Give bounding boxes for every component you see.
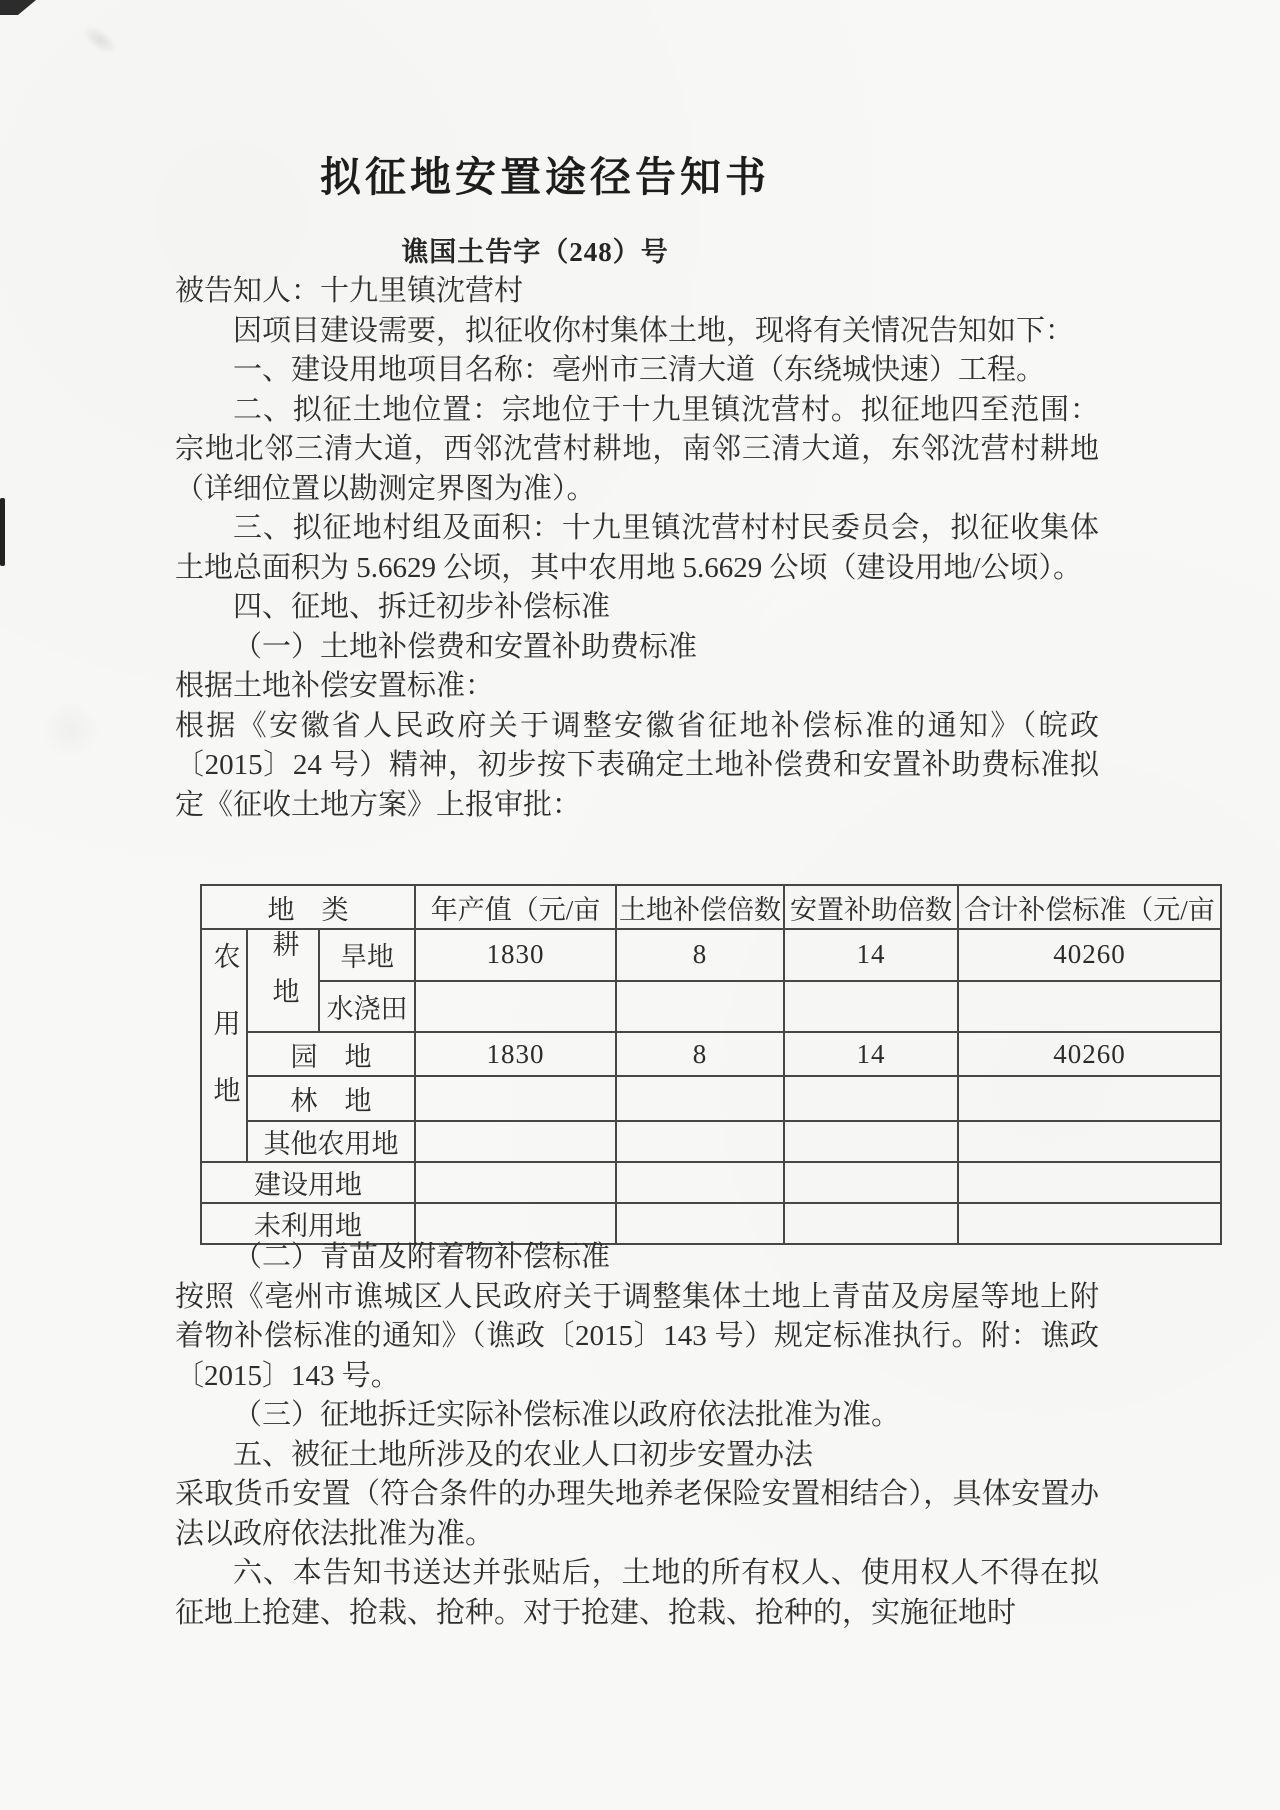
cell-construction-total bbox=[958, 1162, 1221, 1203]
cell-forest-land-multiple bbox=[616, 1076, 784, 1121]
cell-construction-subsidy-multiple bbox=[784, 1162, 958, 1203]
cell-forest-annual-value bbox=[415, 1076, 616, 1121]
header-annual-value: 年产值（元/亩 bbox=[415, 885, 616, 929]
scan-artifact-corner bbox=[0, 0, 36, 15]
body-text-upper: 被告知人：十九里镇沈营村 因项目建设需要，拟征收你村集体土地，现将有关情况告知如… bbox=[175, 272, 1099, 825]
table-header-row: 地 类 年产值（元/亩 土地补偿倍数 安置补助倍数 合计补偿标准（元/亩 bbox=[201, 885, 1221, 929]
cell-garden-annual-value: 1830 bbox=[415, 1032, 616, 1076]
scan-smudge bbox=[78, 20, 122, 59]
cell-irrigated-label: 水浇田 bbox=[319, 981, 415, 1033]
document-number: 谯国土告字（248）号 bbox=[135, 230, 935, 269]
cell-cultivated-land-group: 耕地 bbox=[247, 929, 319, 1032]
cell-other-agri-annual-value bbox=[415, 1121, 616, 1162]
cell-dry-land-subsidy-multiple: 14 bbox=[784, 929, 958, 981]
cell-dry-land-total: 40260 bbox=[958, 929, 1221, 981]
scanned-document-page: 拟征地安置途径告知书 谯国土告字（248）号 被告知人：十九里镇沈营村 因项目建… bbox=[0, 0, 1280, 1810]
cell-irrigated-subsidy-multiple bbox=[784, 981, 958, 1033]
cell-irrigated-land-multiple bbox=[616, 981, 784, 1033]
cell-dry-land-annual-value: 1830 bbox=[415, 929, 616, 981]
cell-garden-land-multiple: 8 bbox=[616, 1032, 784, 1076]
cell-garden-subsidy-multiple: 14 bbox=[784, 1032, 958, 1076]
paragraph-intro: 因项目建设需要，拟征收你村集体土地，现将有关情况告知如下： bbox=[175, 312, 1099, 352]
cell-other-agri-total bbox=[958, 1121, 1221, 1162]
compensation-standards-table: 地 类 年产值（元/亩 土地补偿倍数 安置补助倍数 合计补偿标准（元/亩 农用地… bbox=[200, 884, 1222, 1245]
cell-garden-total: 40260 bbox=[958, 1032, 1221, 1076]
agricultural-land-label: 农用地 bbox=[211, 942, 238, 1143]
paragraph-basis-line: 根据土地补偿安置标准： bbox=[175, 667, 1099, 707]
table-row-garden-land: 园 地 1830 8 14 40260 bbox=[201, 1032, 1221, 1076]
paragraph-item-5-title: 五、被征土地所涉及的农业人口初步安置办法 bbox=[175, 1436, 1099, 1476]
table-row-forest-land: 林 地 bbox=[201, 1076, 1221, 1121]
paragraph-item-5-detail: 采取货币安置（符合条件的办理失地养老保险安置相结合），具体安置办法以政府依法批准… bbox=[175, 1475, 1099, 1554]
table-row-irrigated-field: 水浇田 bbox=[201, 981, 1221, 1033]
scan-artifact-left-edge bbox=[0, 498, 5, 566]
cell-dry-land-label: 旱地 bbox=[319, 929, 415, 981]
header-total-compensation-standard: 合计补偿标准（元/亩 bbox=[958, 885, 1221, 929]
header-land-compensation-multiple: 土地补偿倍数 bbox=[616, 885, 784, 929]
cell-construction-annual-value bbox=[415, 1162, 616, 1203]
cell-other-agri-label: 其他农用地 bbox=[247, 1121, 415, 1162]
paragraph-item-4-3: （三）征地拆迁实际补偿标准以政府依法批准为准。 bbox=[175, 1396, 1099, 1436]
paragraph-item-4-standards: 四、征地、拆迁初步补偿标准 bbox=[175, 588, 1099, 628]
cell-other-agri-land-multiple bbox=[616, 1121, 784, 1162]
header-land-class: 地 类 bbox=[201, 885, 415, 929]
cell-garden-label: 园 地 bbox=[247, 1032, 415, 1076]
cell-dry-land-land-multiple: 8 bbox=[616, 929, 784, 981]
table-row-dry-land: 农用地 耕地 旱地 1830 8 14 40260 bbox=[201, 929, 1221, 981]
cell-irrigated-total bbox=[958, 981, 1221, 1033]
paragraph-basis-detail: 根据《安徽省人民政府关于调整安徽省征地补偿标准的通知》（皖政〔2015〕24 号… bbox=[175, 707, 1099, 826]
cell-forest-subsidy-multiple bbox=[784, 1076, 958, 1121]
document-title: 拟征地安置途径告知书 bbox=[145, 144, 945, 203]
cell-forest-label: 林 地 bbox=[247, 1076, 415, 1121]
header-resettlement-subsidy-multiple: 安置补助倍数 bbox=[784, 885, 958, 929]
paragraph-item-1-project-name: 一、建设用地项目名称：亳州市三清大道（东绕城快速）工程。 bbox=[175, 351, 1099, 391]
paragraph-item-4-2-title: （二）青苗及附着物补偿标准 bbox=[175, 1238, 1099, 1278]
paragraph-item-4-2-detail: 按照《亳州市谯城区人民政府关于调整集体土地上青苗及房屋等地上附着物补偿标准的通知… bbox=[175, 1278, 1099, 1397]
body-text-lower: （二）青苗及附着物补偿标准 按照《亳州市谯城区人民政府关于调整集体土地上青苗及房… bbox=[175, 1238, 1099, 1633]
cell-irrigated-annual-value bbox=[415, 981, 616, 1033]
table-row-construction-land: 建设用地 bbox=[201, 1162, 1221, 1203]
cell-forest-total bbox=[958, 1076, 1221, 1121]
cell-construction-label: 建设用地 bbox=[201, 1162, 415, 1203]
paragraph-item-2-location: 二、拟征土地位置：宗地位于十九里镇沈营村。拟征地四至范围：宗地北邻三清大道，西邻… bbox=[175, 391, 1099, 510]
cell-agricultural-land-group: 农用地 bbox=[201, 929, 247, 1162]
table-row-other-agricultural: 其他农用地 bbox=[201, 1121, 1221, 1162]
paragraph-notified-party: 被告知人：十九里镇沈营村 bbox=[175, 272, 1099, 312]
paragraph-item-3-area: 三、拟征地村组及面积：十九里镇沈营村村民委员会，拟征收集体土地总面积为 5.66… bbox=[175, 509, 1099, 588]
cell-other-agri-subsidy-multiple bbox=[784, 1121, 958, 1162]
cell-construction-land-multiple bbox=[616, 1162, 784, 1203]
scan-smudge bbox=[40, 700, 100, 760]
paragraph-item-6: 六、本告知书送达并张贴后，土地的所有权人、使用权人不得在拟征地上抢建、抢栽、抢种… bbox=[175, 1554, 1099, 1633]
cultivated-land-label: 耕地 bbox=[270, 930, 297, 1024]
paragraph-item-4-1-title: （一）土地补偿费和安置补助费标准 bbox=[175, 628, 1099, 668]
